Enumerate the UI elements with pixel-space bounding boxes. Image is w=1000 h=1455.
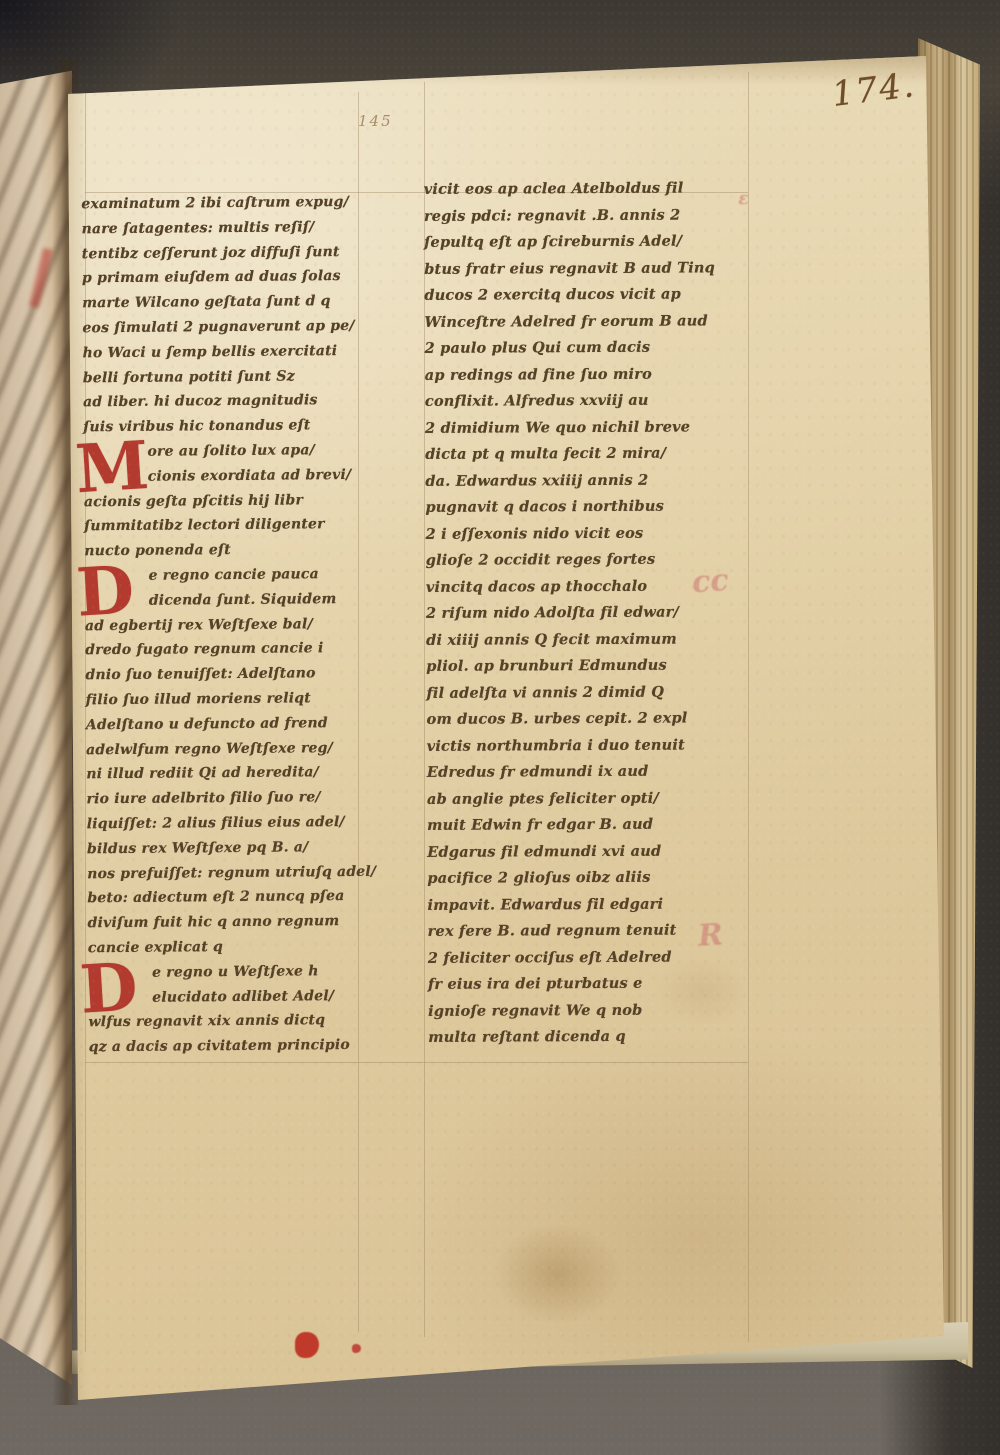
- manuscript-text-line: nare ſatagentes: multis reſiſ/: [81, 215, 373, 242]
- manuscript-text-line: muit Edwin fr edgar B. aud: [427, 811, 757, 839]
- faint-folio-mark: 145: [358, 112, 393, 130]
- manuscript-text-line: belli fortuna potiti ſunt Sz: [83, 363, 375, 390]
- manuscript-text-line: eos ſimulati 2 pugnaverunt ap pe/: [82, 314, 374, 341]
- manuscript-text-line: 2 riſum nido Adolſta fil edwar/: [426, 599, 756, 627]
- manuscript-text-line: om ducos B. urbes cepit. 2 expl: [426, 705, 756, 733]
- manuscript-text-line: btus fratr eius regnavit B aud Tinq: [424, 255, 754, 283]
- manuscript-text-line: fil adelſta vi annis 2 dimid Q: [426, 679, 756, 707]
- manuscript-text-line: 2 i eſſexonis nido vicit eos: [426, 520, 756, 548]
- manuscript-text-line: da. Edwardus xxiiij annis 2: [425, 467, 755, 495]
- manuscript-text-line: multa reſtant dicenda q: [428, 1023, 758, 1051]
- paragraph: De regno u Weſtſexe helucidato adlibet A…: [88, 958, 381, 1060]
- manuscript-text-line: Adelſtano u defuncto ad frend: [86, 710, 378, 737]
- manuscript-text-line: ſummitatibz lectori diligenter: [84, 512, 376, 539]
- marginal-red-mark: R: [697, 917, 724, 954]
- marginal-red-mark: cc: [691, 563, 730, 600]
- manuscript-text-line: Edgarus fil edmundi xvi aud: [427, 838, 757, 866]
- manuscript-page: 174. 145 examinatum 2 ibi caſtrum expug/…: [62, 52, 944, 1400]
- manuscript-text-line: ducos 2 exercitq ducos vicit ap: [424, 281, 754, 309]
- manuscript-text-line: dicta pt q multa fecit 2 mira/: [425, 440, 755, 468]
- paragraph: examinatum 2 ibi caſtrum expug/nare ſata…: [81, 190, 375, 441]
- manuscript-text-line: filio ſuo illud moriens reliqt: [86, 686, 378, 713]
- rubricated-initial: D: [79, 959, 139, 1016]
- manuscript-text-line: marte Wilcano geſtata ſunt d q: [82, 289, 374, 316]
- manuscript-text-line: di xiiij annis Q fecit maximum: [426, 626, 756, 654]
- manuscript-text-line: liquiſſet: 2 alius filius eius adel/: [87, 810, 379, 837]
- manuscript-text-line: adelwlfum regno Weſtſexe reg/: [86, 735, 378, 762]
- manuscript-text-line: tentibz ceſſerunt joz diffuſi ſunt: [82, 239, 374, 266]
- marginal-red-mark: ɛ: [737, 188, 749, 210]
- manuscript-text-line: ignioſe regnavit We q nob: [428, 997, 758, 1025]
- manuscript-text-line: Edredus fr edmundi ix aud: [427, 758, 757, 786]
- manuscript-text-line: beto: adiectum eſt 2 nuncq pſea: [87, 884, 379, 911]
- manuscript-text-line: dnio ſuo tenuiſſet: Adelſtano: [85, 661, 377, 688]
- manuscript-text-line: pliol. ap brunburi Edmundus: [426, 652, 756, 680]
- manuscript-text-line: 2 paulo plus Qui cum dacis: [425, 334, 755, 362]
- manuscript-text-line: 2 dimidium We quo nichil breve: [425, 414, 755, 442]
- manuscript-text-line: p primam eiuſdem ad duas ſolas: [82, 264, 374, 291]
- manuscript-text-line: regis pdci: regnavit .B. annis 2: [424, 202, 754, 230]
- manuscript-text-line: dredo fugato regnum cancie i: [85, 636, 377, 663]
- manuscript-text-line: ap redings ad fine ſuo miro: [425, 361, 755, 389]
- ruling-line-bottom: [85, 1062, 748, 1063]
- rubricated-initial: M: [74, 438, 150, 496]
- manuscript-text-line: ab anglie ptes feliciter opti/: [427, 785, 757, 813]
- paragraph: De regno cancie paucadicenda ſunt. Siqui…: [84, 562, 379, 961]
- manuscript-text-line: ho Waci u ſemp bellis exercitati: [83, 339, 375, 366]
- text-column-left: examinatum 2 ibi caſtrum expug/nare ſata…: [81, 190, 381, 1060]
- manuscript-text-line: nos prefuiſſet: regnum utriuſq adel/: [87, 859, 379, 886]
- manuscript-text-line: bildus rex Weſtſexe pq B. a/: [87, 834, 379, 861]
- manuscript-text-line: pugnavit q dacos i northibus: [425, 493, 755, 521]
- manuscript-text-line: impavit. Edwardus fil edgari: [427, 891, 757, 919]
- manuscript-text-line: rio iure adelbrito filio ſuo re/: [86, 785, 378, 812]
- manuscript-text-line: qz a dacis ap civitatem principio: [89, 1033, 381, 1060]
- folio-number: 174.: [830, 65, 918, 115]
- manuscript-text-line: conflixit. Alfredus xxviij au: [425, 387, 755, 415]
- rubricated-initial: D: [75, 562, 135, 619]
- manuscript-text-line: examinatum 2 ibi caſtrum expug/: [81, 190, 373, 217]
- paragraph: More au ſolito lux apa/cionis exordiata …: [83, 438, 376, 565]
- manuscript-text-line: Winceſtre Adelred fr eorum B aud: [424, 308, 754, 336]
- manuscript-text-line: pacifice 2 glioſus oibz aliis: [427, 864, 757, 892]
- manuscript-text-line: vicit eos ap aclea Atelboldus fil: [424, 175, 754, 203]
- manuscript-text-line: ſepultq eſt ap ſcireburnis Adel/: [424, 228, 754, 256]
- manuscript-text-line: ad liber. hi ducoz magnitudis: [83, 388, 375, 415]
- manuscript-text-line: victis northumbria i duo tenuit: [427, 732, 757, 760]
- manuscript-text-line: diviſum fuit hic q anno regnum: [87, 909, 379, 936]
- manuscript-text-line: ni illud rediit Qi ad heredita/: [86, 760, 378, 787]
- manuscript-text-line: fr eius ira dei pturbatus e: [428, 970, 758, 998]
